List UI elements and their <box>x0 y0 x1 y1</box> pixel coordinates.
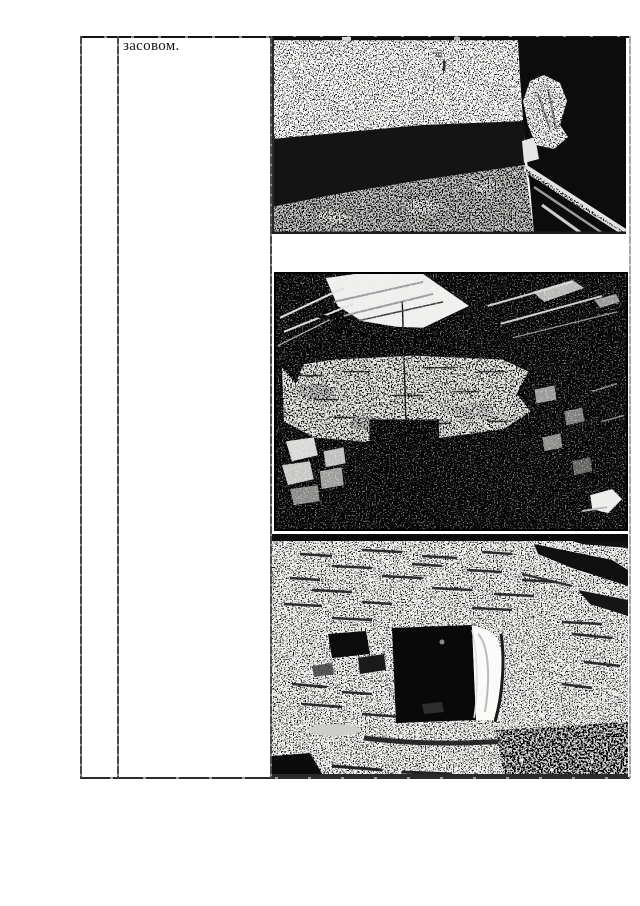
photo3-opening <box>392 625 503 723</box>
table-border-left <box>80 36 82 778</box>
photo-2-image <box>274 272 628 531</box>
table-divider-column-1 <box>117 36 119 778</box>
photo-3-image <box>272 534 628 777</box>
photo3-bottom-frame <box>272 774 628 777</box>
table-cell-text: засовом. <box>123 37 265 56</box>
photo-3 <box>272 534 628 777</box>
table-border-right <box>629 36 631 778</box>
photo-1-image <box>272 37 626 234</box>
table-border-bottom <box>80 777 630 779</box>
photo3-smudge <box>308 724 360 736</box>
photo3-gravel <box>496 722 628 777</box>
photo2-dust <box>274 272 628 531</box>
photo-2 <box>274 272 628 531</box>
photo-1 <box>272 37 626 234</box>
scanned-document-page: засовом. <box>0 0 640 906</box>
